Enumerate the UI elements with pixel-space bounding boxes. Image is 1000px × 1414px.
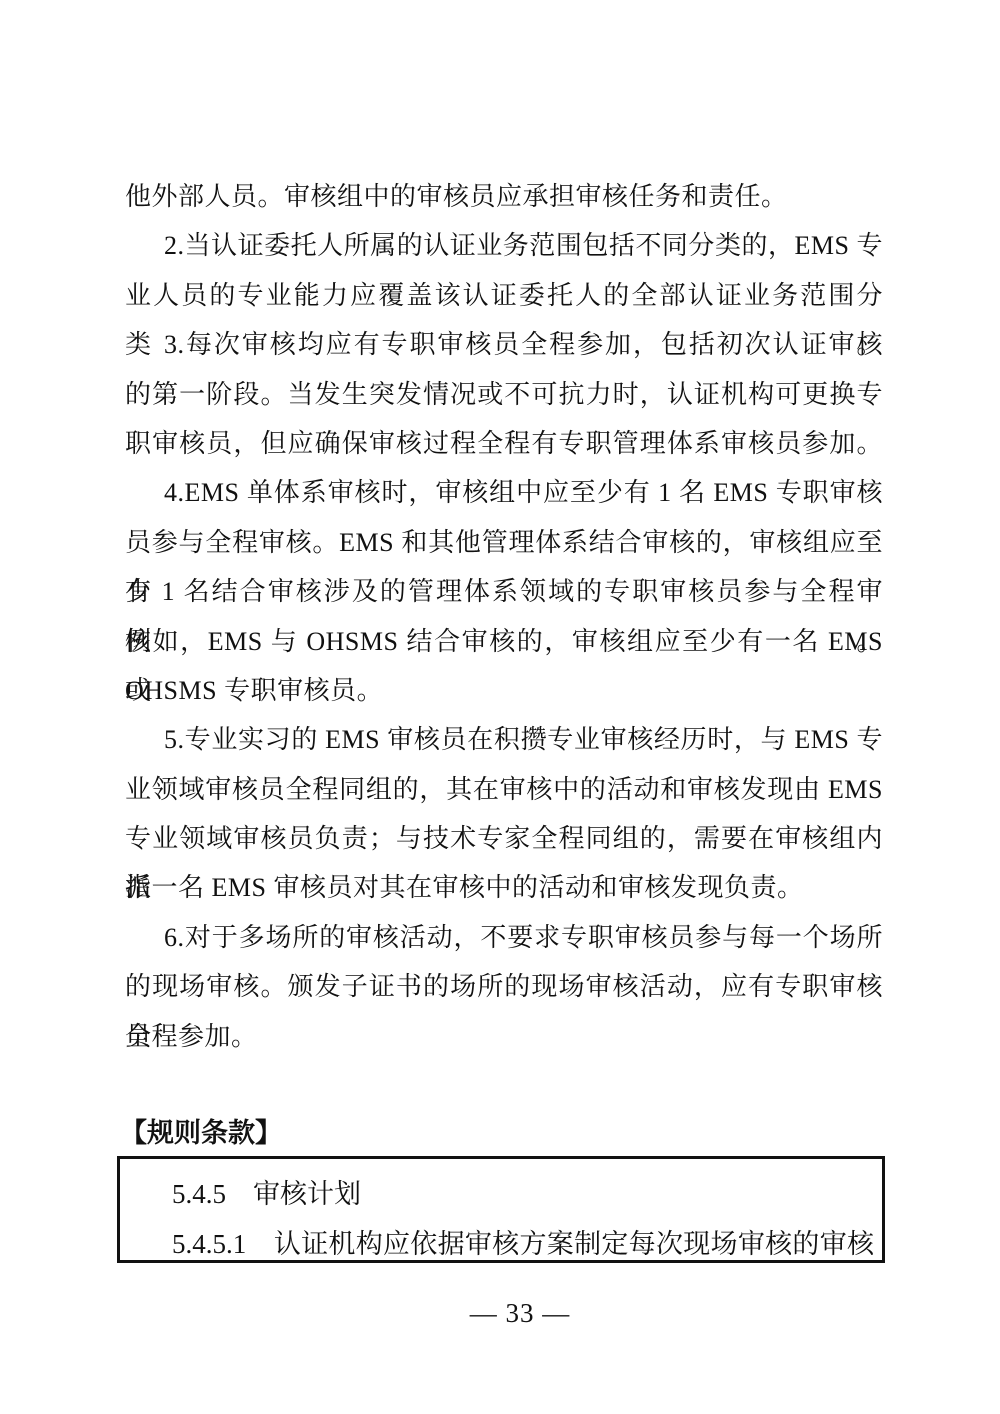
body-text-line: 的第一阶段。当发生突发情况或不可抗力时，认证机构可更换专 [125,370,883,419]
body-text-line: 他外部人员。审核组中的审核员应承担审核任务和责任。 [125,172,883,221]
body-text-line: 6.对于多场所的审核活动，不要求专职审核员参与每一个场所 [125,913,883,962]
rule-clause-box: 5.4.5 审核计划5.4.5.1 认证机构应依据审核方案制定每次现场审核的审核 [117,1156,885,1263]
page-number: — 33 — [125,1296,915,1330]
body-text-line: 3.每次审核均应有专职审核员全程参加，包括初次认证审核 [125,320,883,369]
rule-box-line: 5.4.5 审核计划 [172,1169,874,1219]
body-text-line: 5.专业实习的 EMS 审核员在积攒专业审核经历时，与 EMS 专 [125,715,883,764]
body-text-line: 职审核员，但应确保审核过程全程有专职管理体系审核员参加。 [125,419,883,468]
body-text: 他外部人员。审核组中的审核员应承担审核任务和责任。2.当认证委托人所属的认证业务… [125,172,883,1061]
rule-box-line: 5.4.5.1 认证机构应依据审核方案制定每次现场审核的审核 [172,1219,874,1263]
document-page: 他外部人员。审核组中的审核员应承担审核任务和责任。2.当认证委托人所属的认证业务… [0,0,1000,1414]
body-text-line: 的现场审核。颁发子证书的场所的现场审核活动，应有专职审核员 [125,962,883,1011]
body-text-line: 专业领域审核员负责；与技术专家全程同组的，需要在审核组内指 [125,814,883,863]
body-text-line: 2.当认证委托人所属的认证业务范围包括不同分类的，EMS 专 [125,221,883,270]
body-text-line: 4.EMS 单体系审核时，审核组中应至少有 1 名 EMS 专职审核 [125,468,883,517]
body-text-line: 有 1 名结合审核涉及的管理体系领域的专职审核员参与全程审核。 [125,567,883,616]
body-text-line: 业领域审核员全程同组的，其在审核中的活动和审核发现由 EMS [125,765,883,814]
section-heading: 【规则条款】 [120,1117,282,1150]
body-text-line: 派一名 EMS 审核员对其在审核中的活动和审核发现负责。 [125,863,883,912]
body-text-line: 例如，EMS 与 OHSMS 结合审核的，审核组应至少有一名 EMS 或 [125,617,883,666]
body-text-line: 全程参加。 [125,1012,883,1061]
body-text-line: 员参与全程审核。EMS 和其他管理体系结合审核的，审核组应至少 [125,518,883,567]
body-text-line: OHSMS 专职审核员。 [125,666,883,715]
body-text-line: 业人员的专业能力应覆盖该认证委托人的全部认证业务范围分类。 [125,271,883,320]
